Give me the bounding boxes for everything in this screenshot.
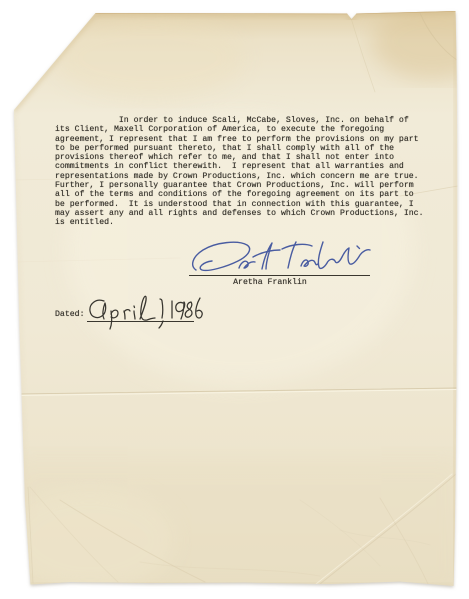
dated-label: Dated: bbox=[55, 310, 84, 319]
signature-typed-name: Aretha Franklin bbox=[180, 278, 360, 287]
paper-layer bbox=[0, 0, 469, 599]
scanned-letter: In order to induce Scali, McCabe, Sloves… bbox=[0, 0, 469, 599]
letter-body-text: In order to induce Scali, McCabe, Sloves… bbox=[55, 116, 424, 228]
